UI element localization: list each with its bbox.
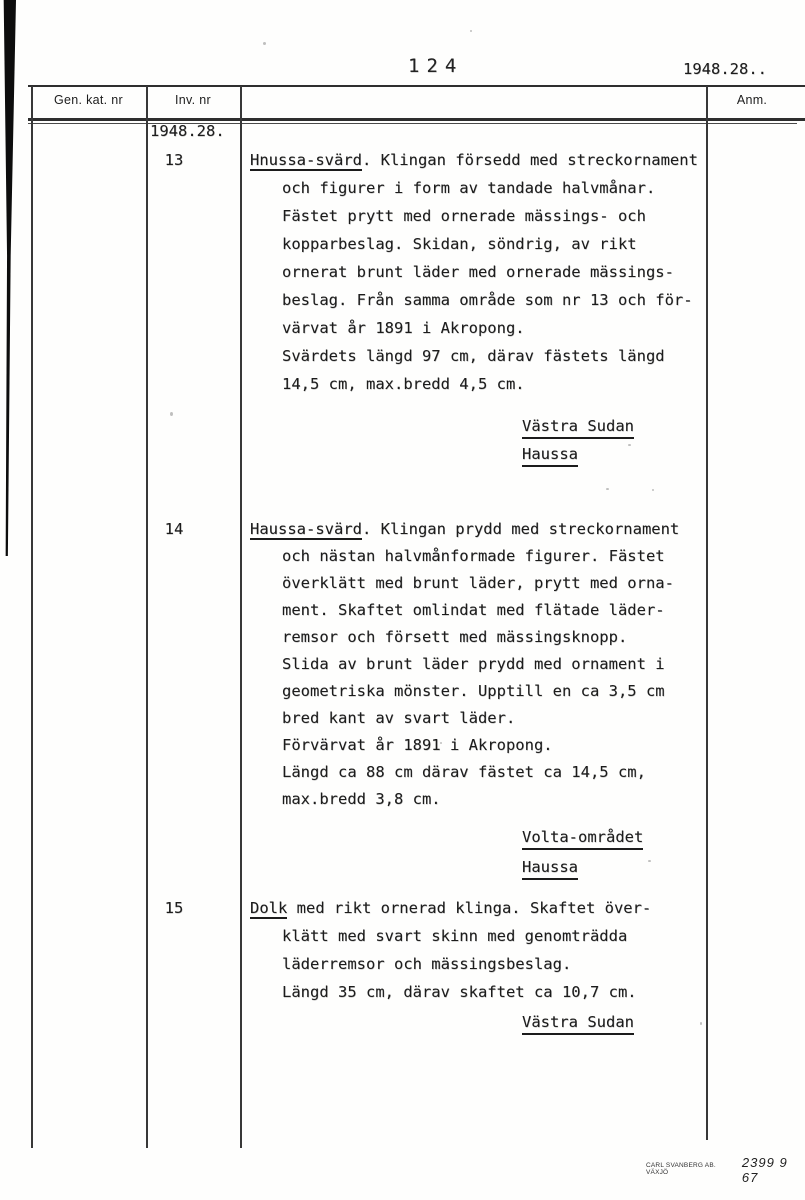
entry-line: Slida av brunt läder prydd med ornament … (282, 651, 720, 678)
entry-line: Längd ca 88 cm därav fästet ca 14,5 cm, (282, 759, 720, 786)
entry-inventory-number: 13 (150, 146, 198, 174)
entry-line: remsor och försett med mässingsknopp. (282, 624, 720, 651)
entry-line: Förvärvat år 1891 i Akropong. (282, 732, 720, 759)
entry-line: geometriska mönster. Upptill en ca 3,5 c… (282, 678, 720, 705)
entry-title-rest: . Klingan försedd med streckornament (362, 151, 698, 169)
provenance-label: Haussa (522, 858, 578, 880)
printer-code: 2399 9 67 (742, 1155, 805, 1185)
printer-mark: CARL SVANBERG AB. VÄXJÖ 2399 9 67 (646, 1155, 805, 1185)
entry-line: Svärdets längd 97 cm, därav fästets läng… (282, 342, 720, 370)
entry-line: Dolk med rikt ornerad klinga. Skaftet öv… (250, 894, 720, 922)
entry-title: Hnussa-svärd (250, 151, 362, 171)
entry-line: Fästet prytt med ornerade mässings- och (282, 202, 720, 230)
entry-line: max.bredd 3,8 cm. (282, 786, 720, 813)
page-number: 124 (408, 55, 463, 77)
entry-title: Haussa-svärd (250, 520, 362, 540)
entry-line: och figurer i form av tandade halvmånar. (282, 174, 720, 202)
provenance-label: Volta-området (522, 828, 643, 850)
entry-provenance-signature: Västra Sudan (522, 1008, 720, 1036)
column-header-inv-nr: Inv. nr (146, 93, 240, 107)
scan-speck (652, 489, 654, 491)
entry-inventory-number: 14 (150, 516, 198, 543)
entry-inventory-number: 15 (150, 894, 198, 922)
scan-speck (470, 30, 472, 32)
entry-line: kopparbeslag. Skidan, söndrig, av rikt (282, 230, 720, 258)
table-header-rule-thin (28, 123, 797, 124)
table-left-border (31, 86, 33, 1148)
entry-provenance-signature: Haussa (522, 440, 720, 468)
entry-description: Haussa-svärd. Klingan prydd med streckor… (250, 516, 720, 882)
entry-provenance-signature: Volta-området (522, 822, 720, 852)
entry-line: ment. Skaftet omlindat med flätade läder… (282, 597, 720, 624)
column-header-anm: Anm. (706, 93, 798, 107)
entry-title: Dolk (250, 899, 287, 919)
entry-line: beslag. Från samma område som nr 13 och … (282, 286, 720, 314)
entry-provenance-signature: Västra Sudan (522, 412, 720, 440)
entry-line: läderremsor och mässingsbeslag. (282, 950, 720, 978)
entry-line: klätt med svart skinn med genomträdda (282, 922, 720, 950)
entry-line: Hnussa-svärd. Klingan försedd med streck… (250, 146, 720, 174)
scan-speck (263, 42, 266, 45)
table-divider-genkat-inv (146, 86, 148, 1148)
entry-line: och nästan halvmånformade figurer. Fäste… (282, 543, 720, 570)
document-reference: 1948.28.. (683, 60, 767, 78)
scan-speck (606, 488, 609, 490)
table-divider-inv-description (240, 86, 242, 1148)
entry-line: bred kant av svart läder. (282, 705, 720, 732)
entry-description: Hnussa-svärd. Klingan försedd med streck… (250, 146, 720, 468)
entry-line: Haussa-svärd. Klingan prydd med streckor… (250, 516, 720, 543)
entry-title-rest: med rikt ornerad klinga. Skaftet över- (287, 899, 651, 917)
provenance-label: Haussa (522, 445, 578, 467)
provenance-label: Västra Sudan (522, 1013, 634, 1035)
scan-speck (170, 412, 173, 416)
entry-provenance-signature: Haussa (522, 852, 720, 882)
table-header-rule-thick (28, 118, 805, 121)
entry-line: överklätt med brunt läder, prytt med orn… (282, 570, 720, 597)
inventory-year-label: 1948.28. (150, 122, 225, 140)
entry-description: Dolk med rikt ornerad klinga. Skaftet öv… (250, 894, 720, 1036)
column-header-gen-kat-nr: Gen. kat. nr (31, 93, 146, 107)
scan-artifact-wedge (2, 0, 16, 556)
entry-title-rest: . Klingan prydd med streckornament (362, 520, 679, 538)
provenance-label: Västra Sudan (522, 417, 634, 439)
entry-line: 14,5 cm, max.bredd 4,5 cm. (282, 370, 720, 398)
entry-line: ornerat brunt läder med ornerade mässing… (282, 258, 720, 286)
printer-name: CARL SVANBERG AB. VÄXJÖ (646, 1162, 735, 1176)
catalog-page: 124 1948.28.. Gen. kat. nr Inv. nr Anm. … (0, 0, 805, 1200)
table-top-rule (28, 85, 805, 87)
entry-line: Längd 35 cm, därav skaftet ca 10,7 cm. (282, 978, 720, 1006)
entry-line: värvat år 1891 i Akropong. (282, 314, 720, 342)
